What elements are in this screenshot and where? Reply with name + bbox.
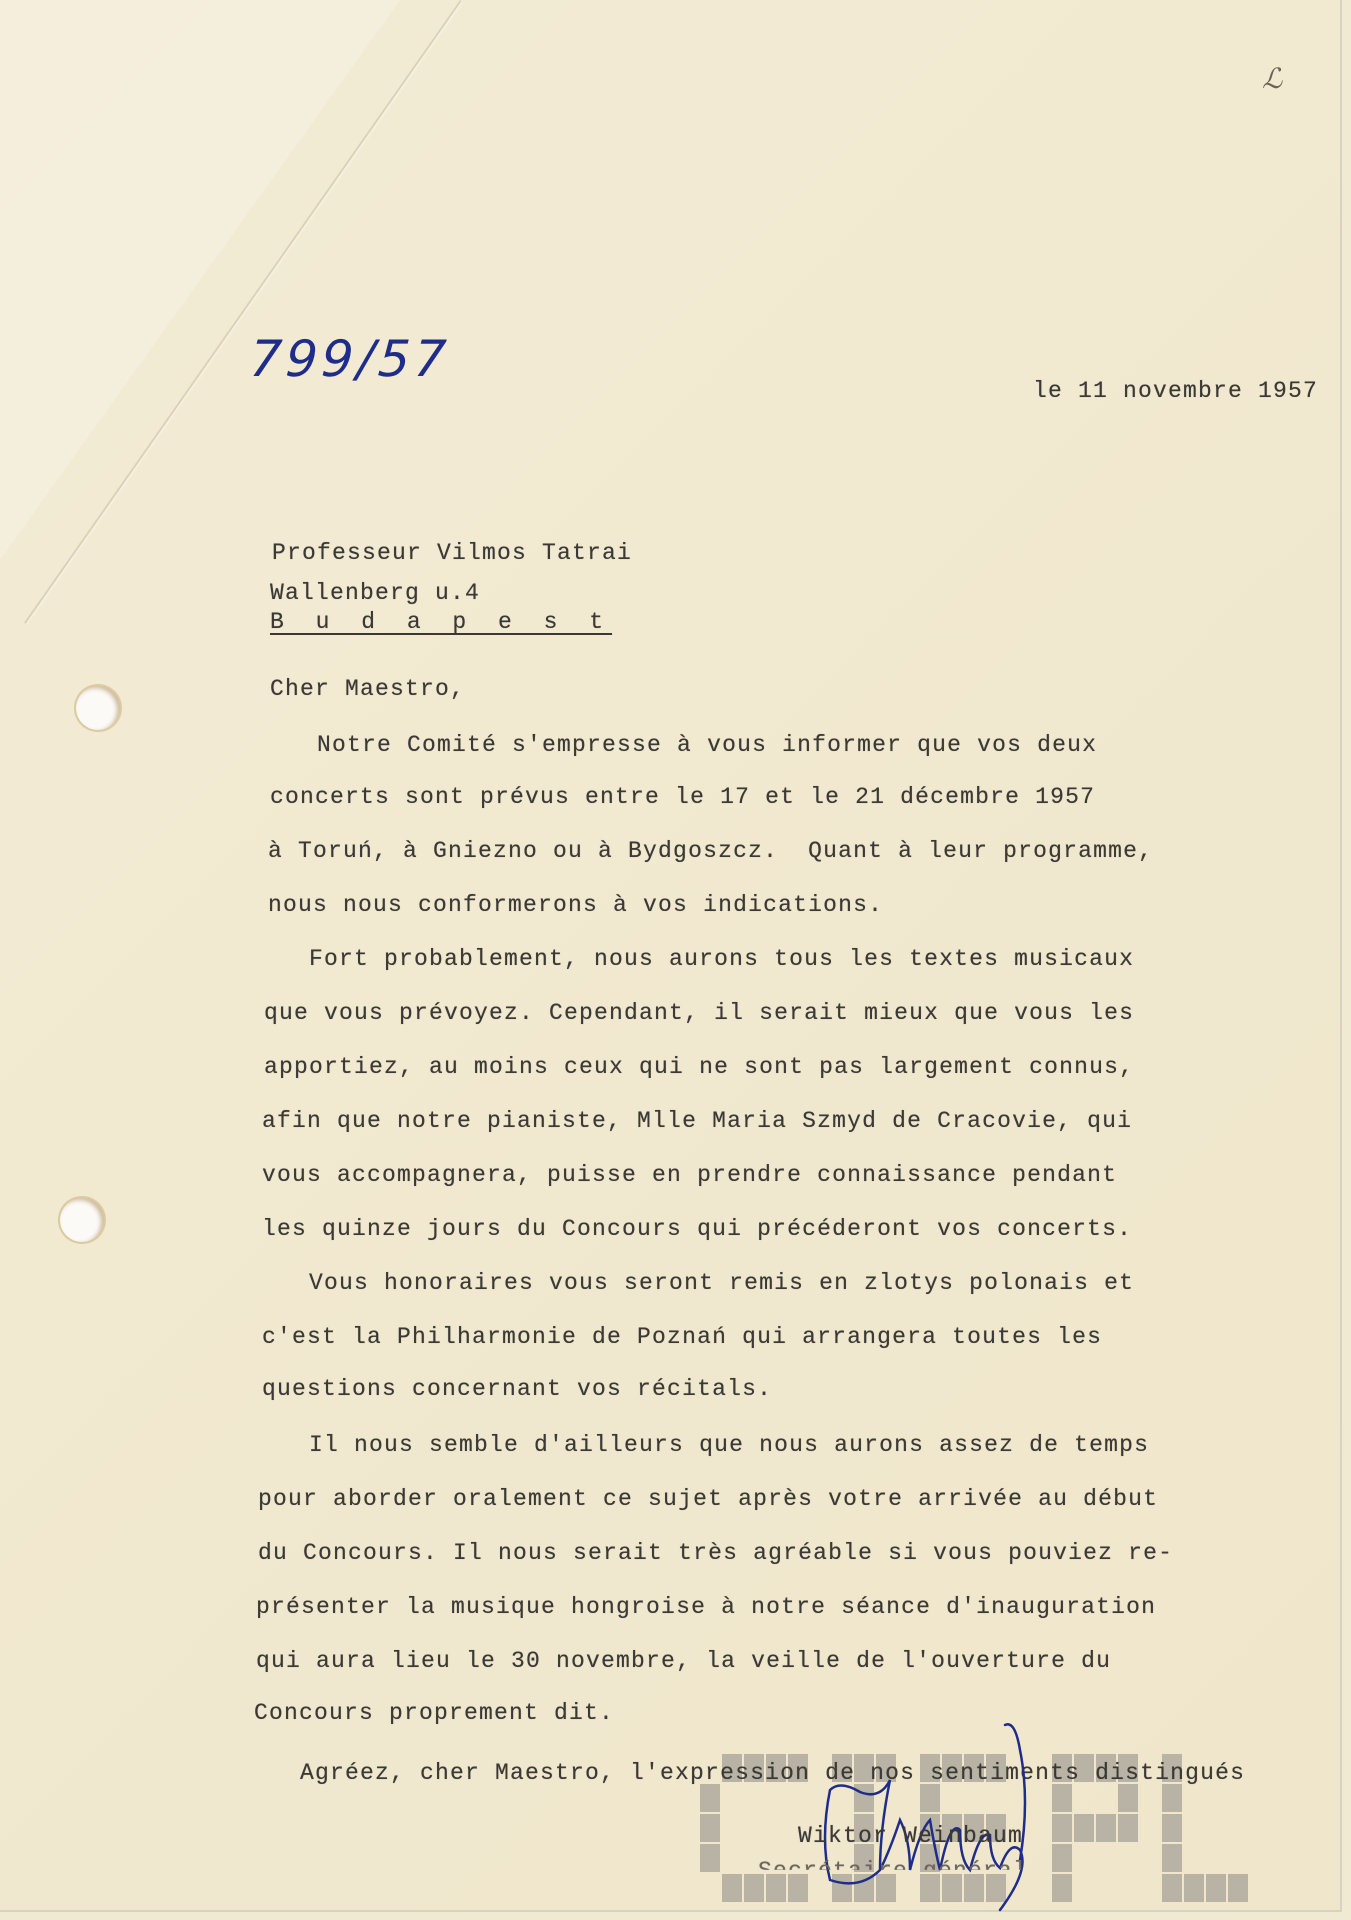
body-line: Concours proprement dit.: [254, 1700, 614, 1726]
body-line: qui aura lieu le 30 novembre, la veille …: [256, 1648, 1111, 1674]
body-line: Fort probablement, nous aurons tous les …: [264, 946, 1134, 972]
body-line: apportiez, au moins ceux qui ne sont pas…: [264, 1054, 1134, 1080]
reference-number-handwritten: 799/57: [248, 330, 452, 388]
body-line: du Concours. Il nous serait très agréabl…: [258, 1540, 1173, 1566]
body-line: afin que notre pianiste, Mlle Maria Szmy…: [262, 1108, 1132, 1134]
body-line: vous accompagnera, puisse en prendre con…: [262, 1162, 1117, 1188]
body-line: Vous honoraires vous seront remis en zlo…: [264, 1270, 1134, 1296]
recipient-street: Wallenberg u.4: [270, 580, 480, 606]
body-line: c'est la Philharmonie de Poznań qui arra…: [262, 1324, 1102, 1350]
punch-hole-bottom: [60, 1198, 104, 1242]
signer-name: Wiktor Weinbaum: [798, 1823, 1023, 1849]
body-line: questions concernant vos récitals.: [262, 1376, 772, 1402]
handwritten-signature: [820, 1720, 1120, 1920]
letter-date: le 11 novembre 1957: [1033, 378, 1318, 404]
folded-corner-shade: [0, 0, 400, 560]
body-line: les quinze jours du Concours qui précéde…: [262, 1216, 1132, 1242]
body-line: nous nous conformerons à vos indications…: [268, 892, 883, 918]
salutation: Cher Maestro,: [270, 676, 465, 702]
body-line: présenter la musique hongroise à notre s…: [256, 1594, 1156, 1620]
punch-hole-top: [76, 686, 120, 730]
body-line: concerts sont prévus entre le 17 et le 2…: [270, 784, 1095, 810]
letter-page: ℒ 799/57 le 11 novembre 1957 Professeur …: [0, 0, 1342, 1912]
page-mark-handwritten: ℒ: [1262, 62, 1282, 95]
closing-formula: Agréez, cher Maestro, l'expression de no…: [300, 1760, 1245, 1786]
body-line: Notre Comité s'empresse à vous informer …: [272, 732, 1097, 758]
recipient-name: Professeur Vilmos Tatrai: [272, 540, 632, 566]
signer-title: Secrétaire général: [758, 1858, 1028, 1884]
body-line: pour aborder oralement ce sujet après vo…: [258, 1486, 1158, 1512]
body-line: que vous prévoyez. Cependant, il serait …: [264, 1000, 1134, 1026]
body-line: Il nous semble d'ailleurs que nous auron…: [264, 1432, 1149, 1458]
body-line: à Toruń, à Gniezno ou à Bydgoszcz. Quant…: [268, 838, 1153, 864]
recipient-city: B u d a p e s t: [270, 609, 612, 635]
